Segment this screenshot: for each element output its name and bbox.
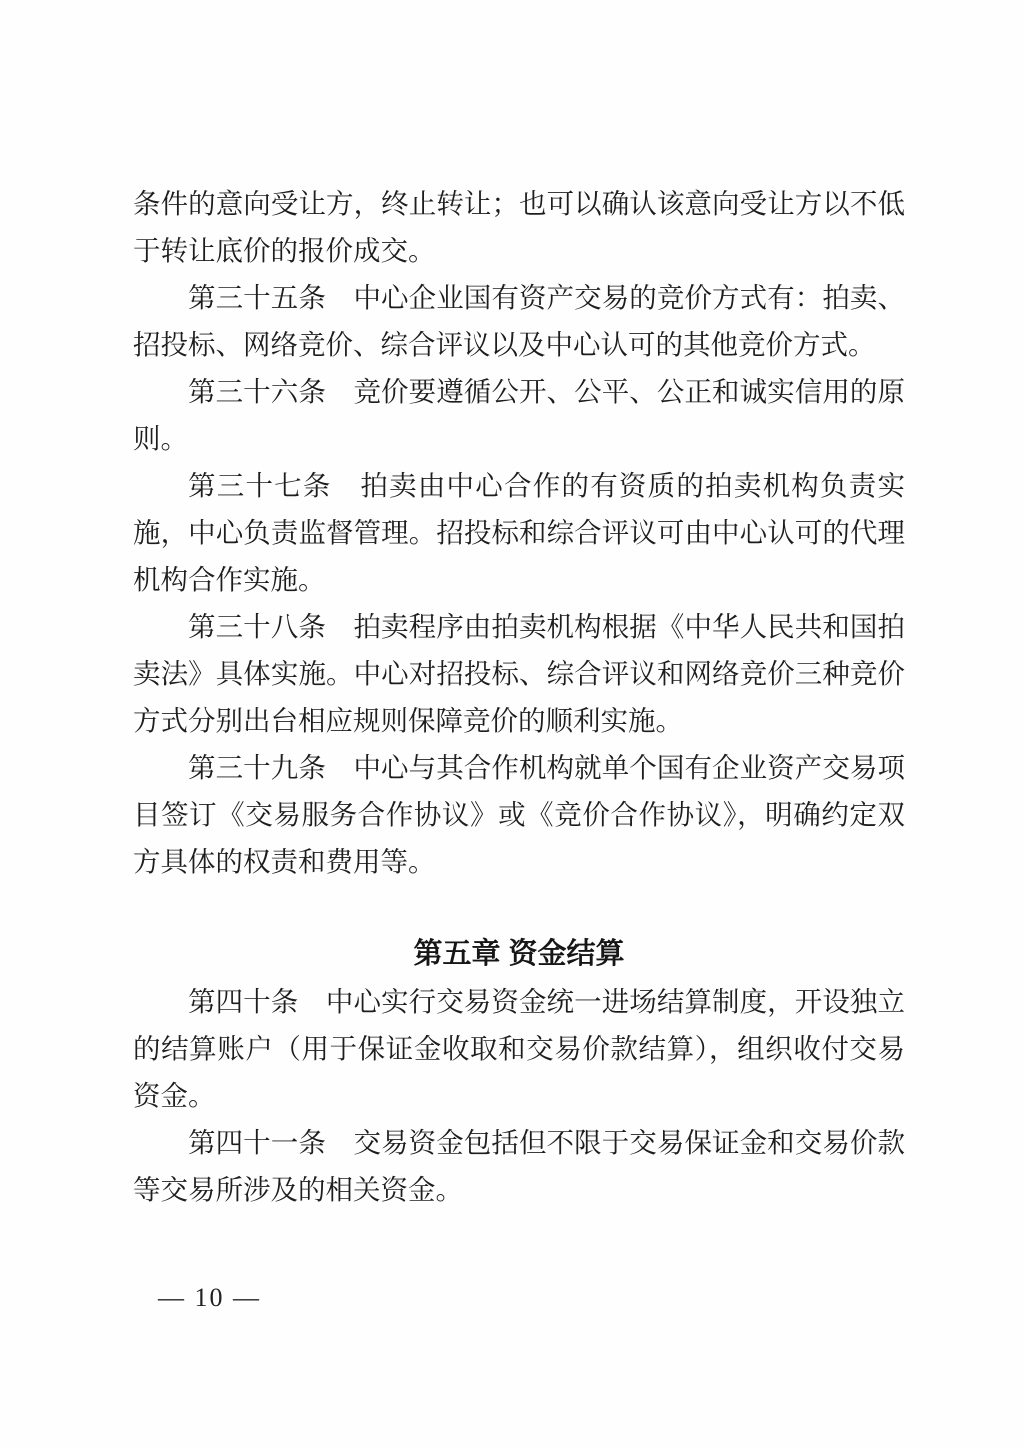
- paragraph-article-38: 第三十八条 拍卖程序由拍卖机构根据《中华人民共和国拍卖法》具体实施。中心对招投标…: [133, 603, 905, 744]
- paragraph-article-41: 第四十一条 交易资金包括但不限于交易保证金和交易价款等交易所涉及的相关资金。: [133, 1119, 905, 1213]
- paragraph-continuation: 条件的意向受让方，终止转让；也可以确认该意向受让方以不低于转让底价的报价成交。: [133, 180, 905, 274]
- page-number: — 10 —: [158, 1282, 261, 1314]
- paragraph-article-40: 第四十条 中心实行交易资金统一进场结算制度，开设独立的结算账户（用于保证金收取和…: [133, 978, 905, 1119]
- chapter-5-heading: 第五章 资金结算: [133, 931, 905, 978]
- document-body: 条件的意向受让方，终止转让；也可以确认该意向受让方以不低于转让底价的报价成交。 …: [133, 180, 905, 1213]
- paragraph-article-35: 第三十五条 中心企业国有资产交易的竞价方式有：拍卖、招投标、网络竞价、综合评议以…: [133, 274, 905, 368]
- paragraph-article-39: 第三十九条 中心与其合作机构就单个国有企业资产交易项目签订《交易服务合作协议》或…: [133, 744, 905, 885]
- paragraph-article-36: 第三十六条 竞价要遵循公开、公平、公正和诚实信用的原则。: [133, 368, 905, 462]
- document-page: 条件的意向受让方，终止转让；也可以确认该意向受让方以不低于转让底价的报价成交。 …: [0, 0, 1024, 1448]
- paragraph-article-37: 第三十七条 拍卖由中心合作的有资质的拍卖机构负责实施，中心负责监督管理。招投标和…: [133, 462, 905, 603]
